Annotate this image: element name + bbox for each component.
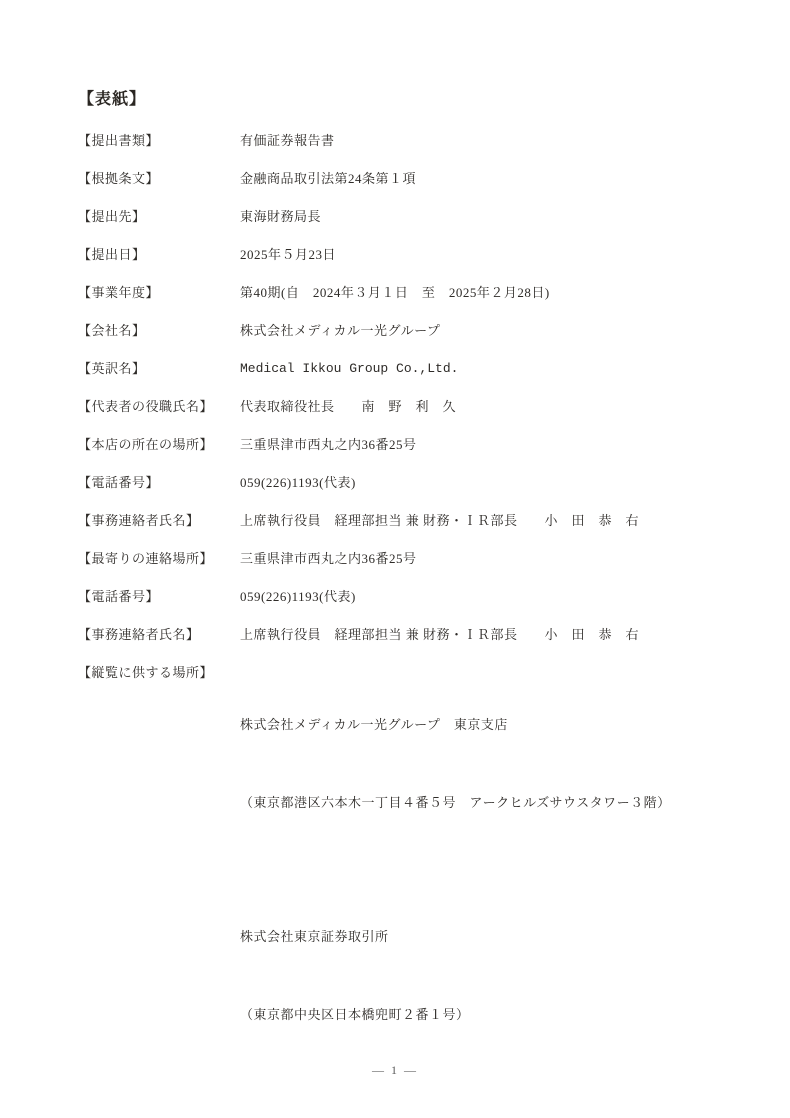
inspection-place-name: 株式会社東京証券取引所 bbox=[240, 924, 671, 950]
field-value: 2025年５月23日 bbox=[240, 248, 336, 261]
field-label: 【提出日】 bbox=[78, 248, 240, 261]
field-row-nearest-contact-place: 【最寄りの連絡場所】 三重県津市西丸之内36番25号 bbox=[78, 552, 750, 565]
field-label: 【事業年度】 bbox=[78, 286, 240, 299]
field-label: 【根拠条文】 bbox=[78, 172, 240, 185]
field-value: 059(226)1193(代表) bbox=[240, 476, 356, 489]
inspection-place-address: （東京都港区六本木一丁目４番５号 アークヒルズサウスタワー３階） bbox=[240, 790, 671, 816]
page-title: 【表紙】 bbox=[78, 86, 750, 109]
document-page: 【表紙】 【提出書類】 有価証券報告書 【根拠条文】 金融商品取引法第24条第１… bbox=[0, 0, 790, 1118]
field-value: 三重県津市西丸之内36番25号 bbox=[240, 438, 417, 451]
field-row-fiscal-year: 【事業年度】 第40期(自 2024年３月１日 至 2025年２月28日) bbox=[78, 286, 750, 299]
field-value: 上席執行役員 経理部担当 兼 財務・ＩＲ部長 小 田 恭 右 bbox=[240, 514, 639, 527]
field-row-head-office-address: 【本店の所在の場所】 三重県津市西丸之内36番25号 bbox=[78, 438, 750, 451]
field-label: 【事務連絡者氏名】 bbox=[78, 514, 240, 527]
field-row-submission-date: 【提出日】 2025年５月23日 bbox=[78, 248, 750, 261]
spacer bbox=[240, 868, 671, 872]
field-value: 株式会社メディカル一光グループ 東京支店 （東京都港区六本木一丁目４番５号 アー… bbox=[240, 660, 671, 1080]
field-row-submitted-to: 【提出先】 東海財務局長 bbox=[78, 210, 750, 223]
field-value: 東海財務局長 bbox=[240, 210, 321, 223]
field-label: 【英訳名】 bbox=[78, 362, 240, 375]
field-label: 【最寄りの連絡場所】 bbox=[78, 552, 240, 565]
cover-page-content: 【表紙】 【提出書類】 有価証券報告書 【根拠条文】 金融商品取引法第24条第１… bbox=[78, 86, 750, 1105]
field-value: 株式会社メディカル一光グループ bbox=[240, 324, 440, 337]
field-label: 【本店の所在の場所】 bbox=[78, 438, 240, 451]
field-value: 三重県津市西丸之内36番25号 bbox=[240, 552, 417, 565]
field-label: 【会社名】 bbox=[78, 324, 240, 337]
field-row-legal-basis: 【根拠条文】 金融商品取引法第24条第１項 bbox=[78, 172, 750, 185]
field-label: 【事務連絡者氏名】 bbox=[78, 628, 240, 641]
field-value: Medical Ikkou Group Co.,Ltd. bbox=[240, 362, 458, 375]
field-value: 第40期(自 2024年３月１日 至 2025年２月28日) bbox=[240, 286, 550, 299]
field-label: 【代表者の役職氏名】 bbox=[78, 400, 240, 413]
field-label: 【電話番号】 bbox=[78, 590, 240, 603]
field-value: 有価証券報告書 bbox=[240, 134, 335, 147]
field-label: 【電話番号】 bbox=[78, 476, 240, 489]
field-row-public-inspection-places: 【縦覧に供する場所】 株式会社メディカル一光グループ 東京支店 （東京都港区六本… bbox=[78, 666, 750, 1080]
field-row-phone-number: 【電話番号】 059(226)1193(代表) bbox=[78, 476, 750, 489]
field-row-document-type: 【提出書類】 有価証券報告書 bbox=[78, 134, 750, 147]
field-value: 代表取締役社長 南 野 利 久 bbox=[240, 400, 456, 413]
field-label: 【縦覧に供する場所】 bbox=[78, 666, 240, 679]
field-row-english-name: 【英訳名】 Medical Ikkou Group Co.,Ltd. bbox=[78, 362, 750, 375]
field-value: 上席執行役員 経理部担当 兼 財務・ＩＲ部長 小 田 恭 右 bbox=[240, 628, 639, 641]
field-label: 【提出先】 bbox=[78, 210, 240, 223]
field-row-contact-person-2: 【事務連絡者氏名】 上席執行役員 経理部担当 兼 財務・ＩＲ部長 小 田 恭 右 bbox=[78, 628, 750, 641]
field-row-representative: 【代表者の役職氏名】 代表取締役社長 南 野 利 久 bbox=[78, 400, 750, 413]
field-value: 金融商品取引法第24条第１項 bbox=[240, 172, 416, 185]
field-value: 059(226)1193(代表) bbox=[240, 590, 356, 603]
inspection-place-address: （東京都中央区日本橋兜町２番１号） bbox=[240, 1002, 671, 1028]
field-row-contact-person: 【事務連絡者氏名】 上席執行役員 経理部担当 兼 財務・ＩＲ部長 小 田 恭 右 bbox=[78, 514, 750, 527]
inspection-place-name: 株式会社メディカル一光グループ 東京支店 bbox=[240, 712, 671, 738]
field-label: 【提出書類】 bbox=[78, 134, 240, 147]
field-row-phone-number-2: 【電話番号】 059(226)1193(代表) bbox=[78, 590, 750, 603]
field-row-company-name: 【会社名】 株式会社メディカル一光グループ bbox=[78, 324, 750, 337]
page-number: ― 1 ― bbox=[0, 1063, 790, 1078]
